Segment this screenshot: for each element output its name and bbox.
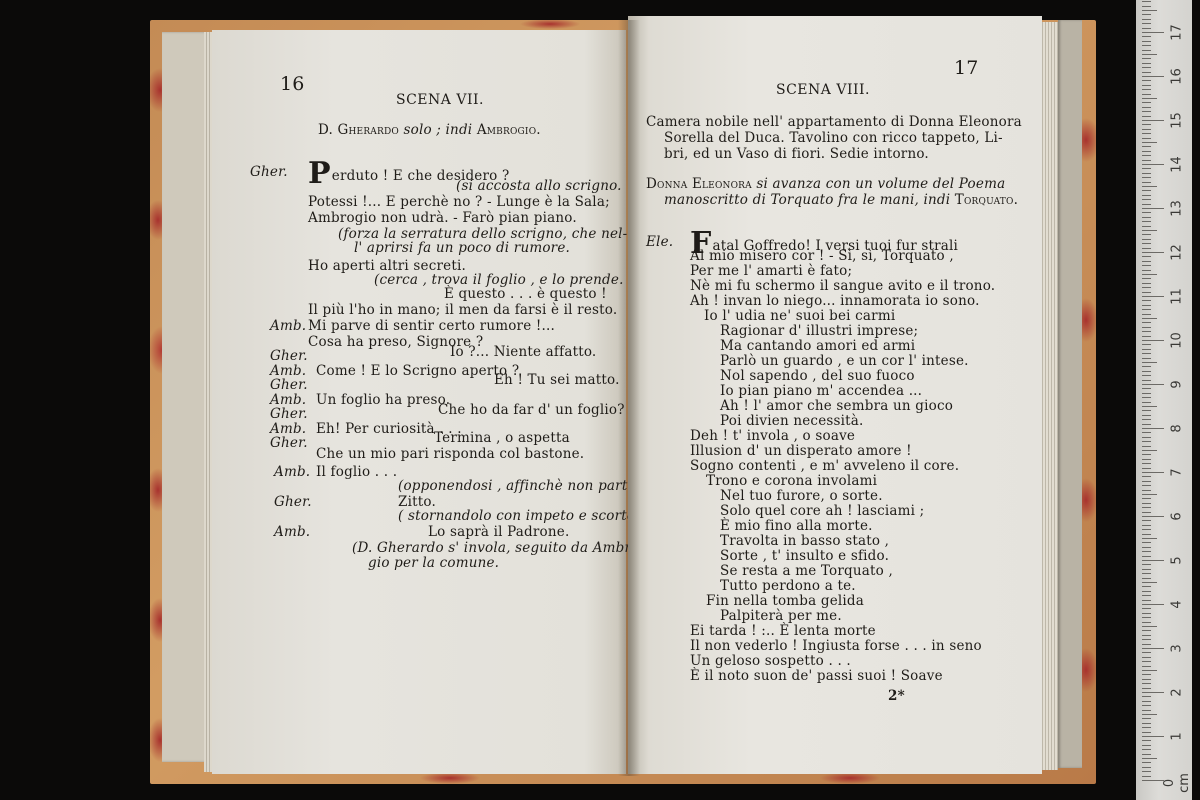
ruler-tick	[1142, 578, 1151, 579]
verse-line: Nel tuo furore, o sorte.	[720, 488, 883, 504]
signature-mark: 2*	[888, 688, 905, 704]
ruler-tick	[1142, 780, 1164, 781]
verse-line: Ragionar d' illustri imprese;	[720, 323, 918, 339]
ruler-tick	[1142, 28, 1151, 29]
ruler-tick	[1142, 419, 1151, 420]
ruler-label: 17	[1170, 22, 1185, 44]
ruler-tick	[1142, 476, 1151, 477]
ruler-tick	[1142, 745, 1151, 746]
scene-title: SCENA VII.	[396, 92, 484, 108]
text-line: Mi parve di sentir certo rumore !...	[308, 318, 555, 334]
verse-line: Parlò un guardo , e un cor l' intese.	[720, 353, 969, 369]
ruler-tick	[1142, 270, 1151, 271]
ruler-tick	[1142, 538, 1157, 539]
ruler-tick	[1142, 468, 1151, 469]
ruler-tick	[1142, 151, 1151, 152]
ruler-tick	[1142, 243, 1151, 244]
ruler-tick	[1142, 613, 1151, 614]
ruler-tick	[1142, 292, 1151, 293]
ruler-tick	[1142, 446, 1151, 447]
ruler-tick	[1142, 586, 1151, 587]
ruler-tick	[1142, 441, 1151, 442]
ruler-tick	[1142, 248, 1151, 249]
ruler-tick	[1142, 14, 1151, 15]
verse-line: Ei tarda ! :.. È lenta morte	[690, 623, 876, 639]
verse-line: Trono e corona involami	[706, 473, 877, 489]
right-page-edges	[1040, 22, 1058, 770]
ruler-tick	[1142, 19, 1151, 20]
ruler-tick	[1142, 344, 1151, 345]
ruler-tick	[1142, 155, 1151, 156]
ruler-tick	[1142, 657, 1151, 658]
verse-line: Ah ! invan lo niego... innamorata io son…	[690, 293, 980, 309]
ruler-tick	[1142, 265, 1151, 266]
speaker-label: Gher.	[250, 164, 288, 180]
ruler-tick	[1142, 102, 1151, 103]
ruler-tick	[1142, 551, 1151, 552]
ruler-tick	[1142, 362, 1157, 363]
ruler-tick	[1142, 375, 1151, 376]
text-line: È questo . . . è questo !	[444, 286, 607, 302]
ruler-label: 4	[1170, 594, 1185, 616]
speaker-label: Amb.	[270, 318, 306, 334]
ruler-tick	[1142, 199, 1151, 200]
ruler-tick	[1142, 89, 1151, 90]
ruler-tick	[1142, 67, 1151, 68]
ruler-tick	[1142, 72, 1151, 73]
ruler-tick	[1142, 617, 1151, 618]
ruler-label: 14	[1170, 154, 1185, 176]
ruler-tick	[1142, 388, 1151, 389]
ruler-tick	[1142, 314, 1151, 315]
ruler-tick	[1142, 85, 1151, 86]
cast-line: D. Gherardo solo ; indi Ambrogio.	[318, 122, 541, 138]
ruler-tick	[1142, 300, 1151, 301]
text-line: Termina , o aspetta	[434, 430, 570, 446]
speaker-label: Gher.	[270, 348, 308, 364]
ruler-tick	[1142, 529, 1151, 530]
ruler-tick	[1142, 635, 1151, 636]
ruler-tick	[1142, 116, 1151, 117]
ruler-tick	[1142, 661, 1151, 662]
speaker-label: Gher.	[270, 377, 308, 393]
ruler-tick	[1142, 358, 1151, 359]
right-page: 17 SCENA VIII. Camera nobile nell' appar…	[628, 16, 1042, 774]
ruler-tick	[1142, 146, 1151, 147]
ruler-tick	[1142, 371, 1151, 372]
ruler-tick	[1142, 573, 1151, 574]
ruler-tick	[1142, 186, 1157, 187]
ruler-tick	[1142, 670, 1157, 671]
ruler-tick	[1142, 758, 1157, 759]
ruler-label: 13	[1170, 198, 1185, 220]
ruler-tick	[1142, 626, 1157, 627]
ruler-tick	[1142, 397, 1151, 398]
ruler-tick	[1142, 714, 1157, 715]
verse-line: Fin nella tomba gelida	[706, 593, 864, 609]
ruler-label: 12	[1170, 242, 1185, 264]
ruler-tick	[1142, 732, 1151, 733]
ruler-tick	[1142, 230, 1157, 231]
ruler-label: 5	[1170, 550, 1185, 572]
text-line: Potessi !... E perchè no ? - Lunge è la …	[308, 194, 610, 210]
verse-line: Io l' udia ne' suoi bei carmi	[704, 308, 895, 324]
verse-line: Un geloso sospetto . . .	[690, 653, 851, 669]
ruler-tick	[1142, 129, 1151, 130]
verse-line: Palpiterà per me.	[720, 608, 842, 624]
ruler-label: 3	[1170, 638, 1185, 660]
book-gutter	[618, 20, 640, 776]
ruler-tick	[1142, 41, 1151, 42]
ruler-tick	[1142, 776, 1151, 777]
ruler-label: 1	[1170, 726, 1185, 748]
text-line: Io ?... Niente affatto.	[450, 344, 596, 360]
ruler-tick	[1142, 58, 1151, 59]
verse-line: Nè mi fu schermo il sangue avito e il tr…	[690, 278, 995, 294]
ruler-tick	[1142, 498, 1151, 499]
ruler-tick	[1142, 195, 1151, 196]
ruler-label: 7	[1170, 462, 1185, 484]
ruler-tick	[1142, 353, 1151, 354]
ruler-tick	[1142, 318, 1157, 319]
stage-direction: (opponendosi , affinchè non parta.	[398, 478, 640, 494]
verse-line: Solo quel core ah ! lasciami ;	[720, 503, 924, 519]
ruler-label: 15	[1170, 110, 1185, 132]
ruler-tick	[1142, 380, 1151, 381]
text-line: Che un mio pari risponda col bastone.	[316, 446, 584, 462]
ruler-tick	[1142, 340, 1164, 341]
ruler-tick	[1142, 595, 1151, 596]
ruler-tick	[1142, 336, 1151, 337]
ruler-tick	[1142, 212, 1151, 213]
ruler-tick	[1142, 547, 1151, 548]
verse-line: Ma cantando amori ed armi	[720, 338, 915, 354]
ruler-tick	[1142, 10, 1157, 11]
ruler-tick	[1142, 305, 1151, 306]
ruler-tick	[1142, 142, 1157, 143]
verse-line: Poi divien necessità.	[720, 413, 864, 429]
ruler-tick	[1142, 749, 1151, 750]
stage-direction: l' aprirsi fa un poco di rumore.	[354, 240, 570, 256]
ruler-tick	[1142, 36, 1151, 37]
ruler-tick	[1142, 767, 1151, 768]
ruler-tick	[1142, 754, 1151, 755]
ruler-tick	[1142, 600, 1151, 601]
ruler-tick	[1142, 217, 1151, 218]
ruler-tick	[1142, 771, 1151, 772]
ruler-tick	[1142, 494, 1157, 495]
text-line: Eh ! Tu sei matto.	[494, 372, 620, 388]
ruler-tick	[1142, 591, 1151, 592]
ruler-tick	[1142, 608, 1151, 609]
ruler-tick	[1142, 76, 1164, 77]
text-line: Il più l'ho in mano; il men da farsi è i…	[308, 302, 617, 318]
ruler-tick	[1142, 688, 1151, 689]
right-endpaper	[1058, 20, 1082, 768]
ruler-tick	[1142, 296, 1164, 297]
ruler-tick	[1142, 190, 1151, 191]
ruler-tick	[1142, 450, 1157, 451]
ruler-tick	[1142, 560, 1164, 561]
ruler-tick	[1142, 164, 1164, 165]
ruler-tick	[1142, 80, 1151, 81]
ruler-tick	[1142, 679, 1151, 680]
ruler-tick	[1142, 208, 1164, 209]
ruler-tick	[1142, 740, 1151, 741]
ruler-tick	[1142, 516, 1164, 517]
ruler-tick	[1142, 45, 1151, 46]
ruler-tick	[1142, 525, 1151, 526]
ruler-tick	[1142, 327, 1151, 328]
ruler-tick	[1142, 503, 1151, 504]
text-line: Ambrogio non udrà. - Farò pian piano.	[308, 210, 577, 226]
ruler-tick	[1142, 490, 1151, 491]
ruler-tick	[1142, 710, 1151, 711]
ruler-tick	[1142, 701, 1151, 702]
ruler-tick	[1142, 6, 1151, 7]
speaker-label: Amb.	[274, 524, 310, 540]
ruler-label: 11	[1170, 286, 1185, 308]
ruler-tick	[1142, 54, 1157, 55]
setting-line: Camera nobile nell' appartamento di Donn…	[646, 114, 1022, 130]
ruler-tick	[1142, 696, 1151, 697]
stage-direction: (D. Gherardo s' invola, seguito da Ambro…	[352, 540, 644, 556]
ruler-tick	[1142, 98, 1157, 99]
ruler-tick	[1142, 366, 1151, 367]
ruler-tick	[1142, 1, 1151, 2]
text-line: Un foglio ha preso.	[316, 392, 450, 408]
stage-direction: Donna Eleonora si avanza con un volume d…	[646, 176, 1005, 192]
ruler-tick	[1142, 182, 1151, 183]
ruler-label: 0 cm	[1162, 772, 1192, 794]
stage-direction: gio per la comune.	[368, 555, 499, 571]
text-line: Che ho da far d' un foglio?	[438, 402, 625, 418]
measuring-ruler: 0 cm 1 2 3 4 5 6 7 8 9 10 11 12 13 14 15…	[1136, 0, 1192, 800]
ruler-tick	[1142, 120, 1164, 121]
ruler-tick	[1142, 512, 1151, 513]
ruler-tick	[1142, 124, 1151, 125]
ruler-label: 8	[1170, 418, 1185, 440]
drop-cap: P	[308, 162, 331, 186]
ruler-tick	[1142, 204, 1151, 205]
verse-line: Nol sapendo , del suo fuoco	[720, 368, 915, 384]
ruler-tick	[1142, 393, 1151, 394]
ruler-label: 9	[1170, 374, 1185, 396]
ruler-tick	[1142, 168, 1151, 169]
ruler-tick	[1142, 256, 1151, 257]
ruler-tick	[1142, 723, 1151, 724]
ruler-tick	[1142, 424, 1151, 425]
scene-title: SCENA VIII.	[776, 82, 870, 98]
ruler-tick	[1142, 534, 1151, 535]
ruler-tick	[1142, 542, 1151, 543]
ruler-tick	[1142, 604, 1164, 605]
ruler-tick	[1142, 674, 1151, 675]
ruler-tick	[1142, 428, 1164, 429]
stage-direction: manoscritto di Torquato fra le mani, ind…	[664, 192, 1018, 208]
text-line: Il foglio . . .	[316, 464, 397, 480]
text-line: Lo saprà il Padrone.	[428, 524, 569, 540]
ruler-tick	[1142, 173, 1151, 174]
ruler-tick	[1142, 520, 1151, 521]
ruler-tick	[1142, 23, 1151, 24]
ruler-tick	[1142, 406, 1157, 407]
ruler-tick	[1142, 666, 1151, 667]
ruler-tick	[1142, 349, 1151, 350]
ruler-tick	[1142, 384, 1164, 385]
ruler-tick	[1142, 432, 1151, 433]
verse-line: Per me l' amarti è fato;	[690, 263, 852, 279]
ruler-tick	[1142, 410, 1151, 411]
verse-line: Deh ! t' invola , o soave	[690, 428, 855, 444]
ruler-tick	[1142, 94, 1151, 95]
ruler-tick	[1142, 485, 1151, 486]
verse-line: Ah ! l' amor che sembra un gioco	[720, 398, 953, 414]
ruler-tick	[1142, 648, 1164, 649]
ruler-label: 6	[1170, 506, 1185, 528]
ruler-tick	[1142, 309, 1151, 310]
verse-line: Illusion d' un disperato amore !	[690, 443, 912, 459]
speaker-label: Amb.	[274, 464, 310, 480]
ruler-label: 2	[1170, 682, 1185, 704]
ruler-tick	[1142, 507, 1151, 508]
ruler-tick	[1142, 111, 1151, 112]
ruler-tick	[1142, 261, 1151, 262]
ruler-tick	[1142, 762, 1151, 763]
ruler-tick	[1142, 415, 1151, 416]
verse-line: Sorte , t' insulto e sfido.	[720, 548, 889, 564]
ruler-tick	[1142, 63, 1151, 64]
ruler-tick	[1142, 459, 1151, 460]
verse-line: Il non vederlo ! Ingiusta forse . . . in…	[690, 638, 982, 654]
ruler-tick	[1142, 736, 1164, 737]
ruler-tick	[1142, 107, 1151, 108]
text-line: Come ! E lo Scrigno aperto ?	[316, 363, 519, 379]
page-number: 16	[280, 76, 305, 92]
ruler-tick	[1142, 239, 1151, 240]
ruler-tick	[1142, 644, 1151, 645]
ruler-tick	[1142, 683, 1151, 684]
ruler-tick	[1142, 287, 1151, 288]
ruler-tick	[1142, 582, 1157, 583]
verse-line: Travolta in basso stato ,	[720, 533, 889, 549]
ruler-tick	[1142, 454, 1151, 455]
ruler-tick	[1142, 705, 1151, 706]
ruler-tick	[1142, 569, 1151, 570]
ruler-tick	[1142, 481, 1151, 482]
ruler-tick	[1142, 177, 1151, 178]
ruler-tick	[1142, 472, 1164, 473]
left-page: 16 SCENA VII. D. Gherardo solo ; indi Am…	[212, 30, 626, 774]
ruler-tick	[1142, 252, 1164, 253]
speaker-label: Ele.	[646, 234, 673, 250]
page-number: 17	[954, 60, 979, 76]
ruler-tick	[1142, 133, 1151, 134]
ruler-tick	[1142, 331, 1151, 332]
speaker-label: Gher.	[274, 494, 312, 510]
ruler-tick	[1142, 274, 1157, 275]
ruler-tick	[1142, 234, 1151, 235]
ruler-tick	[1142, 556, 1151, 557]
verse-line: Sogno contenti , e m' avveleno il core.	[690, 458, 959, 474]
ruler-tick	[1142, 322, 1151, 323]
ruler-tick	[1142, 652, 1151, 653]
ruler-tick	[1142, 50, 1151, 51]
ruler-tick	[1142, 278, 1151, 279]
setting-line: Sorella del Duca. Tavolino con ricco tap…	[664, 130, 1003, 146]
ruler-tick	[1142, 221, 1151, 222]
ruler-label: 10	[1170, 330, 1185, 352]
ruler-tick	[1142, 692, 1164, 693]
ruler-tick	[1142, 463, 1151, 464]
verse-line: Se resta a me Torquato ,	[720, 563, 893, 579]
verse-line: Al mio misero cor ! - Sì, sì, Torquato ,	[690, 248, 954, 264]
ruler-tick	[1142, 283, 1151, 284]
stage-direction: (si accosta allo scrigno.	[456, 178, 622, 194]
ruler-tick	[1142, 718, 1151, 719]
ruler-tick	[1142, 226, 1151, 227]
ruler-tick	[1142, 564, 1151, 565]
ruler-tick	[1142, 727, 1151, 728]
ruler-tick	[1142, 622, 1151, 623]
ruler-tick	[1142, 639, 1151, 640]
speaker-label: Gher.	[270, 406, 308, 422]
ruler-label: 16	[1170, 66, 1185, 88]
ruler-tick	[1142, 402, 1151, 403]
verse-line: Tutto perdono a te.	[720, 578, 856, 594]
ruler-tick	[1142, 138, 1151, 139]
verse-line: È mio fino alla morte.	[720, 518, 873, 534]
ruler-tick	[1142, 160, 1151, 161]
ruler-tick	[1142, 32, 1164, 33]
ruler-tick	[1142, 630, 1151, 631]
ruler-tick	[1142, 437, 1151, 438]
verse-line: Io pian piano m' accendea ...	[720, 383, 922, 399]
verse-line: È il noto suon de' passi suoi ! Soave	[690, 668, 943, 684]
setting-line: bri, ed un Vaso di fiori. Sedie intorno.	[664, 146, 929, 162]
speaker-label: Gher.	[270, 435, 308, 451]
